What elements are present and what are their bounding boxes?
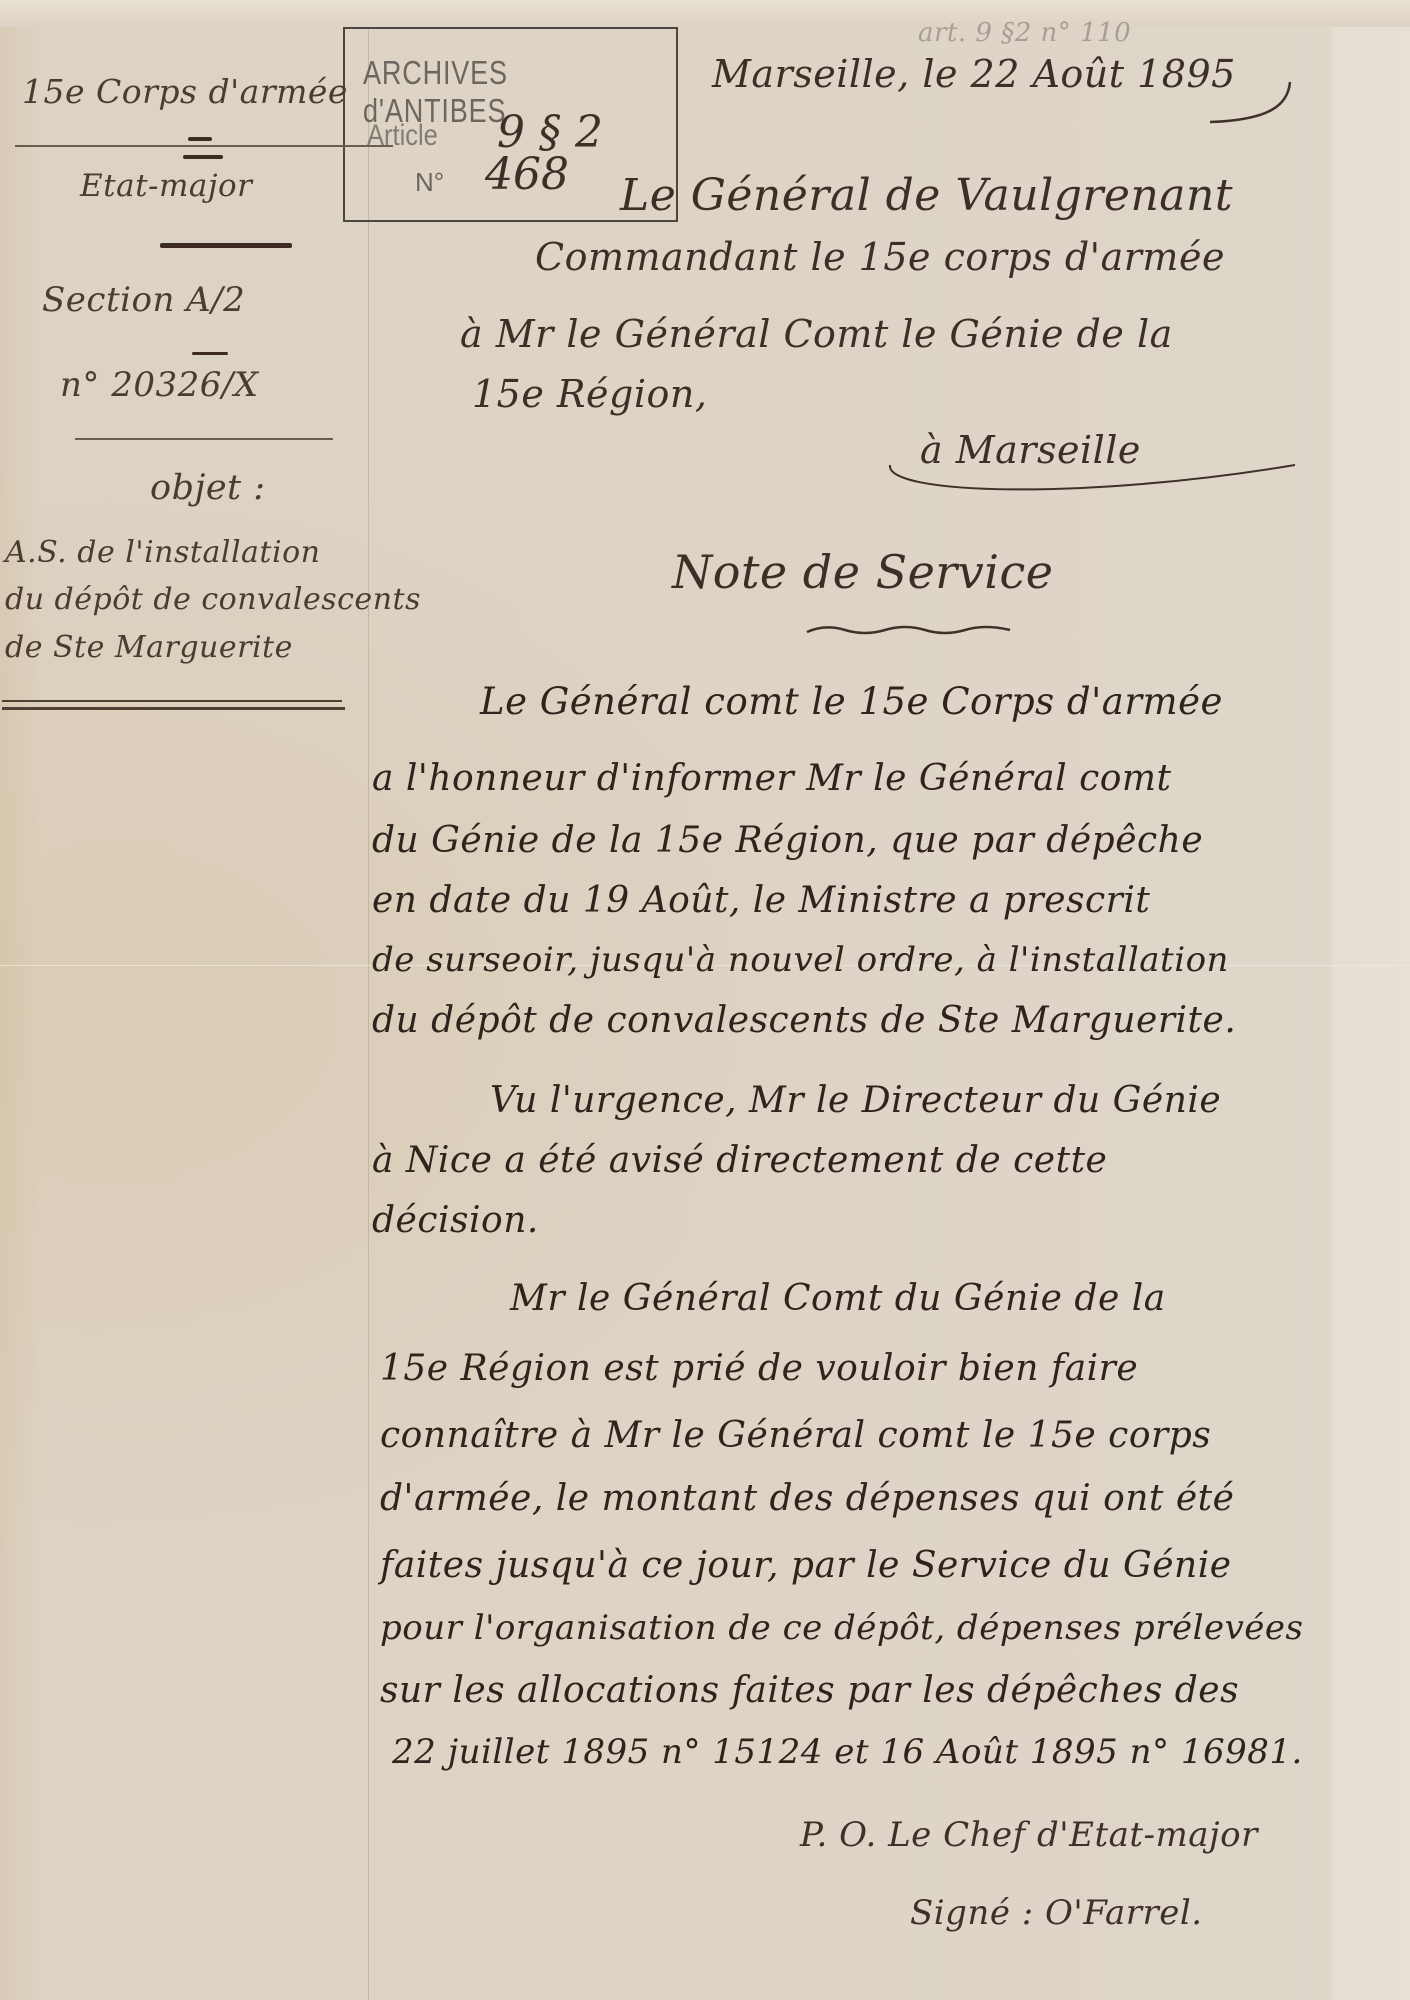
margin-subject-label: objet : [150,468,266,508]
body-line: Le Général comt le 15e Corps d'armée [480,680,1223,723]
body-line: à Nice a été avisé directement de cette [372,1140,1107,1181]
body-line: 22 juillet 1895 n° 15124 et 16 Août 1895… [392,1732,1303,1772]
body-line: a l'honneur d'informer Mr le Général com… [372,758,1172,799]
margin-section: Section A/2 [42,280,245,320]
margin-rule [15,145,393,147]
body-line: du dépôt de convalescents de Ste Marguer… [372,1000,1236,1041]
title-squiggle [805,620,1015,640]
margin-dash [183,155,223,159]
body-line: en date du 19 Août, le Ministre a prescr… [372,880,1150,921]
margin-rule-thick [160,243,292,248]
date-flourish [1170,80,1300,130]
sender-title: Commandant le 15e corps d'armée [535,235,1225,279]
stamp-number-label: N° [415,167,444,198]
destination-underline [885,455,1305,505]
margin-fold-line [368,27,369,2000]
body-line: décision. [372,1200,539,1241]
signature-line-title: P. O. Le Chef d'Etat-major [800,1815,1258,1855]
margin-dash [188,137,212,141]
margin-rule [75,438,333,440]
margin-reference: n° 20326/X [60,365,259,405]
scan-top-strip [0,0,1410,27]
body-line: 15e Région est prié de vouloir bien fair… [380,1348,1138,1389]
body-line: connaître à Mr le Général comt le 15e co… [380,1415,1211,1456]
margin-double-rule [2,707,345,710]
stamp-number-value: 468 [485,149,569,200]
paper-right-edge [1332,27,1410,2000]
document-title: Note de Service [672,545,1053,599]
margin-subject-line: du dépôt de convalescents [5,582,421,617]
body-line: du Génie de la 15e Région, que par dépêc… [372,820,1203,861]
margin-corps: 15e Corps d'armée [22,72,348,111]
place-date: Marseille, le 22 Août 1895 [712,52,1236,96]
recipient-line: à Mr le Général Comt le Génie de la [460,312,1173,356]
signature-line-name: Signé : O'Farrel. [910,1893,1203,1933]
body-line: faites jusqu'à ce jour, par le Service d… [380,1545,1232,1586]
body-line: d'armée, le montant des dépenses qui ont… [380,1478,1234,1519]
pencil-annotation: art. 9 §2 n° 110 [918,18,1131,48]
body-line: de surseoir, jusqu'à nouvel ordre, à l'i… [372,940,1229,980]
stamp-article-label: Article [367,119,438,153]
recipient-region: 15e Région, [472,372,707,416]
margin-staff: Etat-major [80,168,252,204]
margin-double-rule [2,700,342,702]
body-line: Mr le Général Comt du Génie de la [510,1278,1166,1319]
margin-dash [192,352,228,355]
margin-subject-line: de Ste Marguerite [5,630,293,665]
body-line: sur les allocations faites par les dépêc… [380,1670,1239,1711]
body-line: Vu l'urgence, Mr le Directeur du Génie [490,1080,1221,1121]
sender-name: Le Général de Vaulgrenant [620,170,1233,221]
margin-subject-line: A.S. de l'installation [5,535,320,570]
body-line: pour l'organisation de ce dépôt, dépense… [380,1608,1303,1648]
